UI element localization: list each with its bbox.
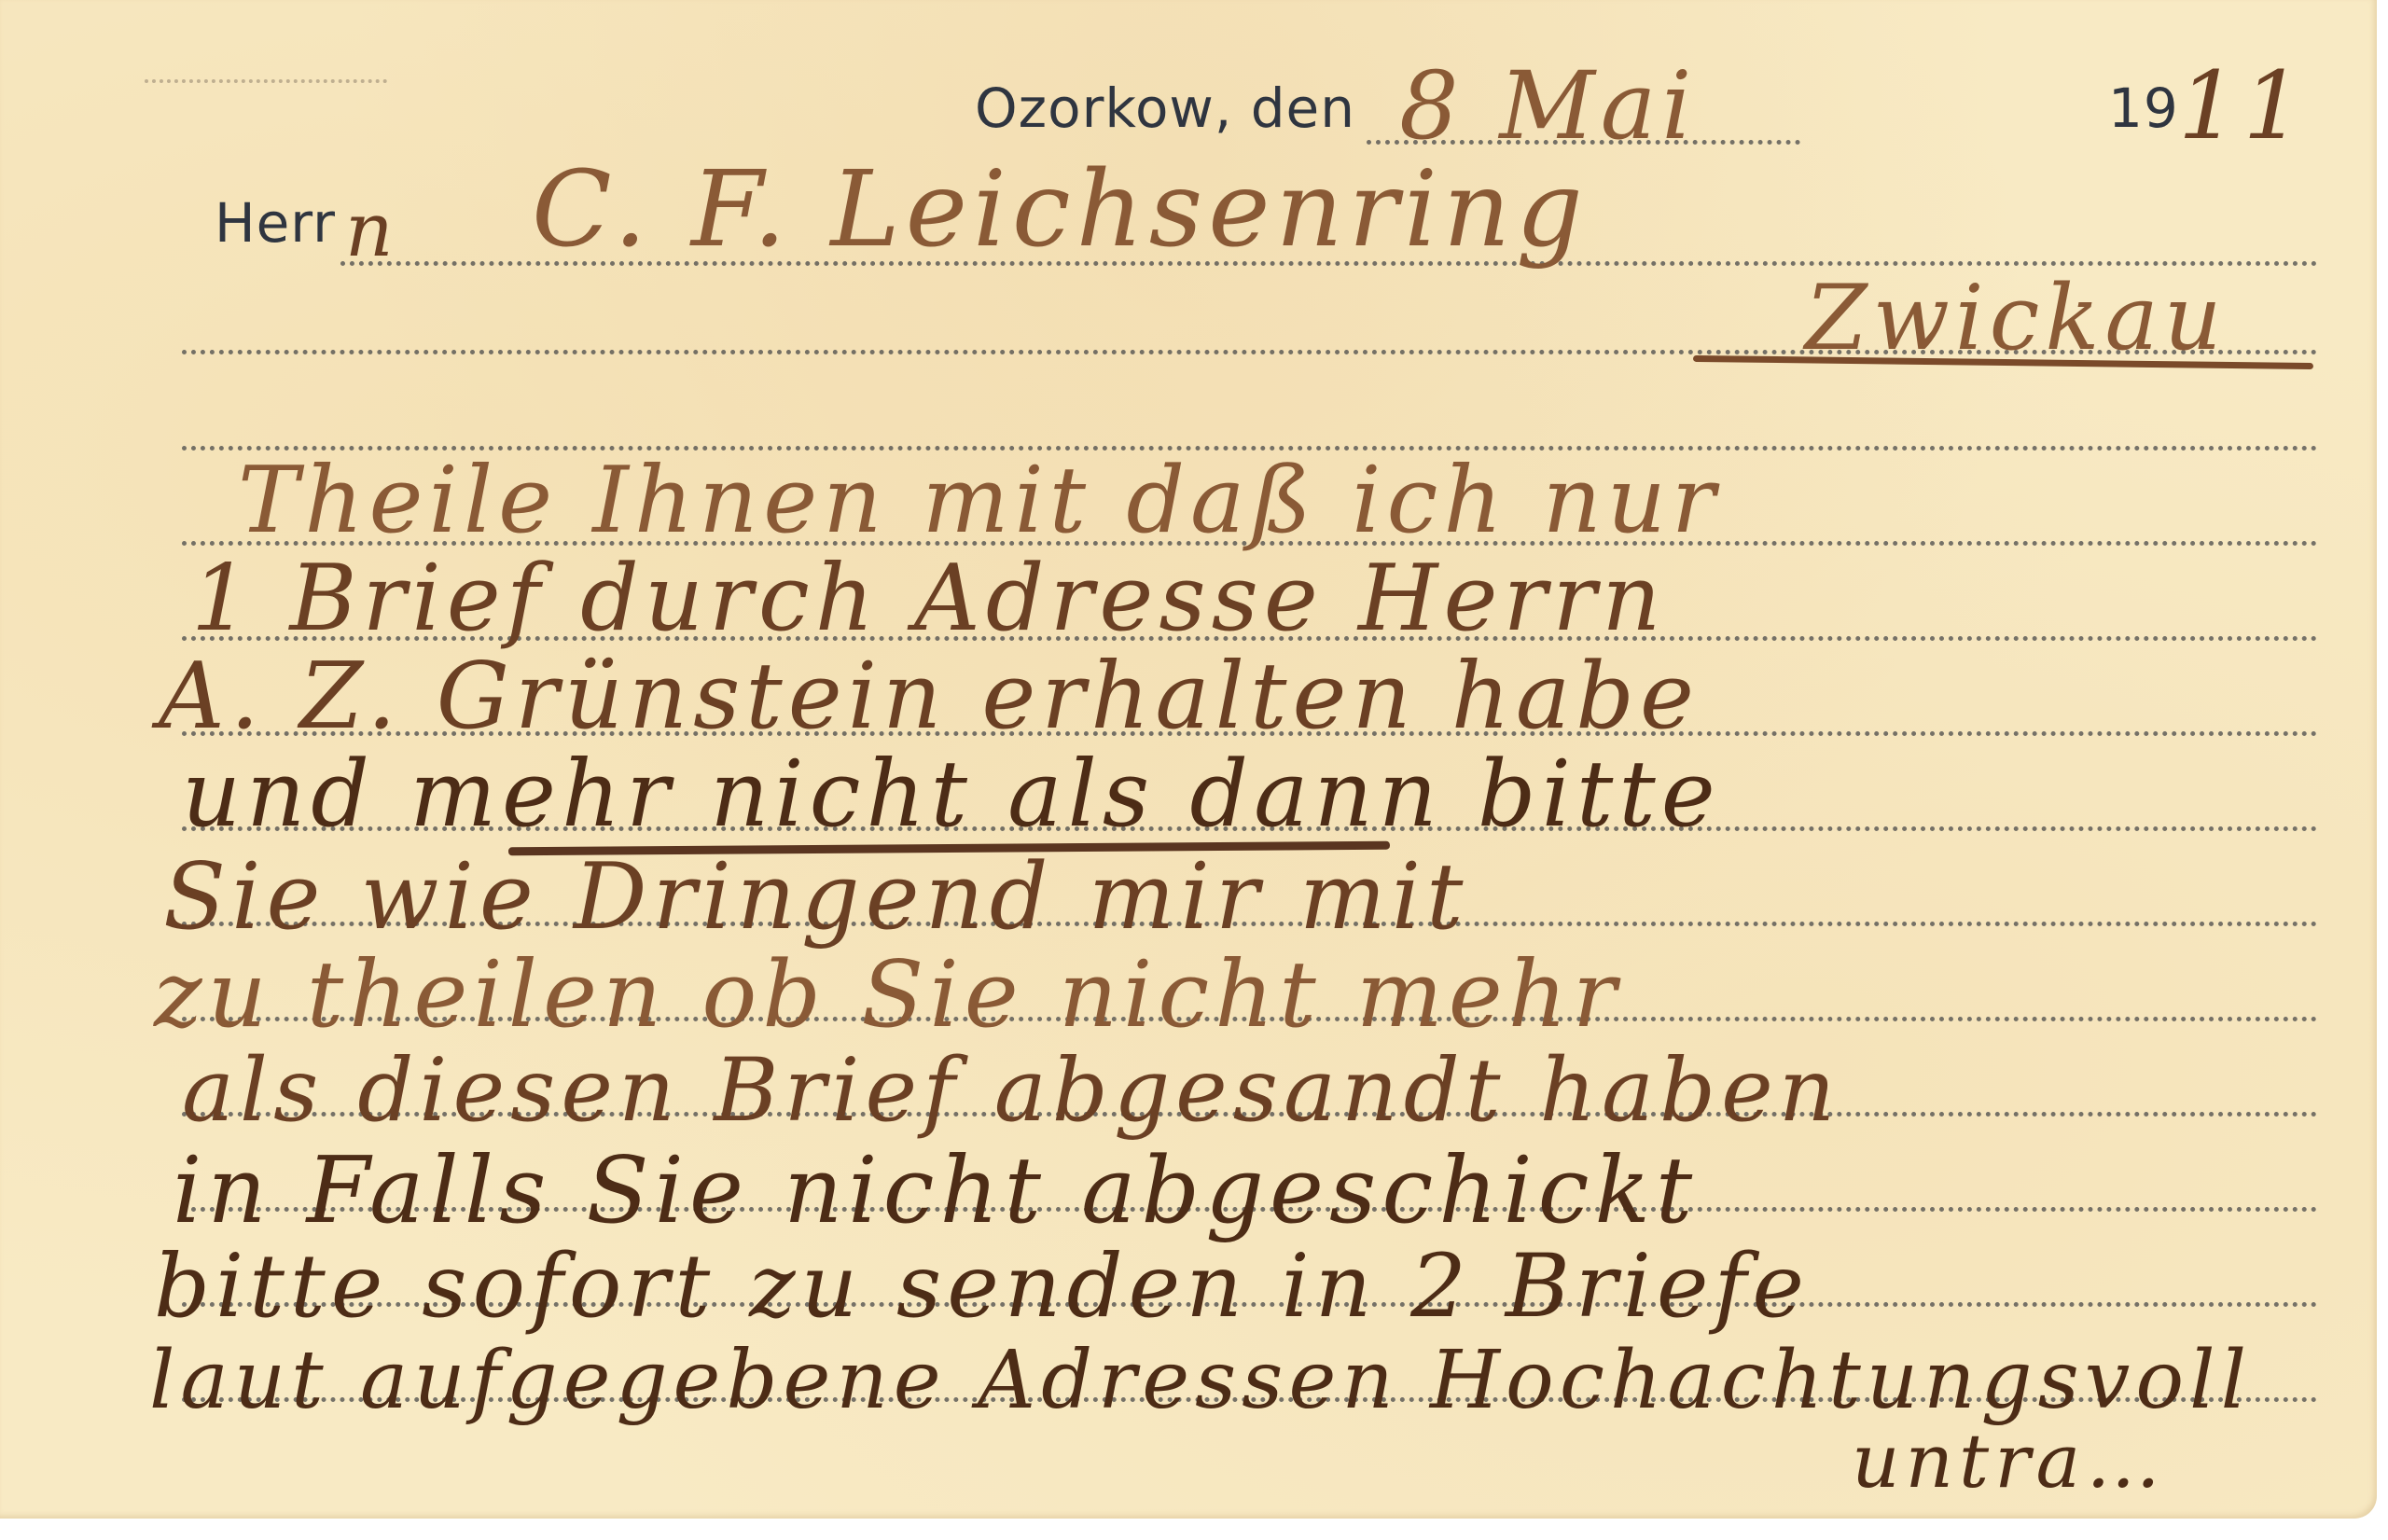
postcard: Ozorkow, den 8 Mai 19 11 Herr n C. F. Le… xyxy=(0,0,2377,1519)
date-handwritten: 8 Mai xyxy=(1399,51,1697,160)
body-line-5: Sie wie Dringend mir mit xyxy=(163,844,1469,950)
place-label: Ozorkow, den xyxy=(975,76,1355,140)
salutation-printed: Herr xyxy=(215,191,336,255)
recipient-city: Zwickau xyxy=(1805,266,2228,370)
body-line-8: in Falls Sie nicht abgeschickt xyxy=(173,1138,1698,1244)
closing-signature: untra… xyxy=(1852,1418,2166,1505)
body-line-6: zu theilen ob Sie nicht mehr xyxy=(154,942,1622,1048)
body-line-1: Theile Ihnen mit daß ich nur xyxy=(238,448,1721,554)
body-line-2: 1 Brief durch Adresse Herrn xyxy=(191,546,1666,652)
faint-print-mark xyxy=(145,79,387,83)
body-line-9: bitte sofort zu senden in 2 Briefe xyxy=(154,1236,1810,1338)
recipient-name: C. F. Leichsenring xyxy=(532,149,1589,271)
body-line-3: A. Z. Grünstein erhalten habe xyxy=(159,644,1700,750)
year-handwritten-suffix: 11 xyxy=(2178,51,2308,160)
year-printed-prefix: 19 xyxy=(2108,76,2179,140)
body-line-4: und mehr nicht als dann bitte xyxy=(182,742,1721,848)
body-line-10: laut aufgegebene Adressen Hochachtungsvo… xyxy=(149,1334,2252,1427)
body-line-7: als diesen Brief abgesandt haben xyxy=(182,1040,1840,1142)
